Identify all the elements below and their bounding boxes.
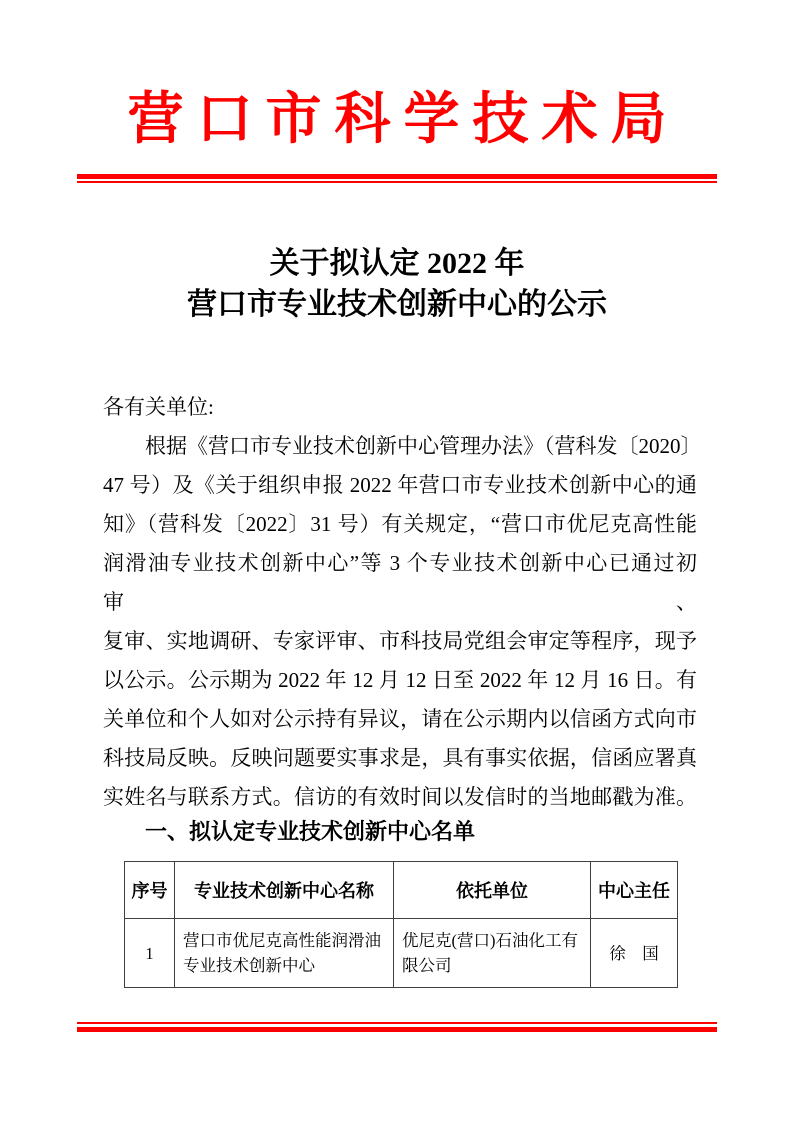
centers-table: 序号专业技术创新中心名称依托单位中心主任 1营口市优尼克高性能润滑油专业技术创新… [124,861,678,988]
body-line: 复审、实地调研、专家评审、市科技局党组会审定等程序，现予 [103,622,697,661]
body-line: 关单位和个人如对公示持有异议，请在公示期内以信函方式向市 [103,700,697,739]
body-lines: 根据《营口市专业技术创新中心管理办法》（营科发〔2020〕47 号）及《关于组织… [103,427,697,817]
table-row: 1营口市优尼克高性能润滑油专业技术创新中心优尼克(营口)石油化工有限公司徐 国 [125,919,678,988]
footer-divider-rule [77,1022,717,1032]
document-title-line2: 营口市专业技术创新中心的公示 [0,284,794,325]
body-line: 以公示。公示期为 2022 年 12 月 12 日至 2022 年 12 月 1… [103,661,697,700]
table-header-cell: 依托单位 [394,862,591,919]
table-header-row: 序号专业技术创新中心名称依托单位中心主任 [125,862,678,919]
body-line: 实姓名与联系方式。信访的有效时间以发信时的当地邮戳为准。 [103,778,697,817]
document-title-line1: 关于拟认定 2022 年 [0,243,794,284]
table-cell: 1 [125,919,175,988]
section-heading: 一、拟认定专业技术创新中心名单 [145,817,794,847]
body-line: 47 号）及《关于组织申报 2022 年营口市专业技术创新中心的通 [103,466,697,505]
letter-body: 各有关单位: 根据《营口市专业技术创新中心管理办法》（营科发〔2020〕47 号… [103,388,697,817]
table-body: 1营口市优尼克高性能润滑油专业技术创新中心优尼克(营口)石油化工有限公司徐 国 [125,919,678,988]
body-line: 润滑油专业技术创新中心”等 3 个专业技术创新中心已通过初审、 [103,544,697,622]
table-cell: 徐 国 [591,919,678,988]
table-cell: 营口市优尼克高性能润滑油专业技术创新中心 [175,919,394,988]
table-header-cell: 中心主任 [591,862,678,919]
body-line: 根据《营口市专业技术创新中心管理办法》（营科发〔2020〕 [103,427,697,466]
agency-masthead: 营口市科学技术局 [0,90,794,150]
salutation: 各有关单位: [103,388,697,427]
table-header-cell: 序号 [125,862,175,919]
masthead-divider-rule [77,174,717,183]
body-line: 科技局反映。反映问题要实事求是，具有事实依据，信函应署真 [103,739,697,778]
body-line: 知》（营科发〔2022〕31 号）有关规定，“营口市优尼克高性能 [103,505,697,544]
table-cell: 优尼克(营口)石油化工有限公司 [394,919,591,988]
table-header-cell: 专业技术创新中心名称 [175,862,394,919]
document-title: 关于拟认定 2022 年 营口市专业技术创新中心的公示 [0,243,794,325]
document-page: 营口市科学技术局 关于拟认定 2022 年 营口市专业技术创新中心的公示 各有关… [0,0,794,1123]
rule-thin-line [77,181,717,183]
rule-thick-line [77,1027,717,1032]
